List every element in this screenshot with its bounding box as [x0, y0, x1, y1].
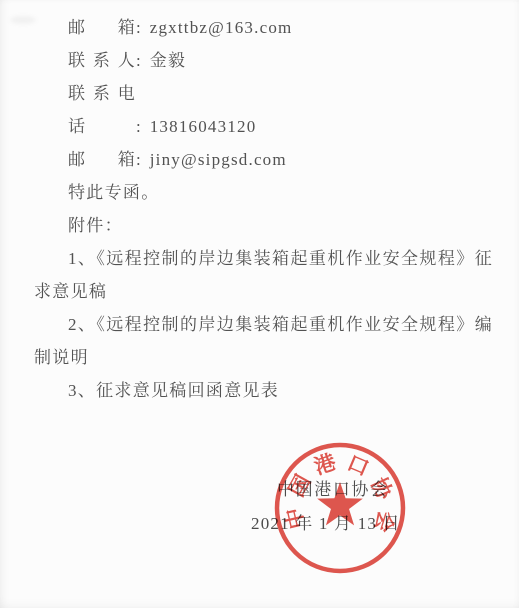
contact-line-phone: 联系电话:13816043120	[34, 77, 493, 143]
seal-char: 口	[344, 451, 373, 481]
contact-label: 联系人	[68, 44, 136, 77]
attachment-item-3: 3、征求意见稿回函意见表	[34, 374, 493, 407]
letter-page: 邮箱:zgxttbz@163.com 联系人:金毅 联系电话:138160431…	[0, 0, 519, 608]
contact-colon: :	[136, 117, 141, 136]
closing-line: 特此专函。	[34, 176, 493, 209]
contact-value-email-1: zgxttbz@163.com	[150, 18, 293, 37]
contact-colon: :	[136, 150, 141, 169]
contact-colon: :	[136, 18, 141, 37]
seal-char: 会	[369, 508, 398, 535]
attachments-heading: 附件：	[34, 209, 493, 242]
contact-value-phone: 13816043120	[150, 117, 257, 136]
contact-value-email-2: jiny@sipgsd.com	[150, 150, 287, 169]
seal-char: 中	[281, 505, 309, 531]
seal-star	[317, 482, 363, 525]
contact-colon: :	[136, 51, 141, 70]
attachment-item-2: 2、《远程控制的岸边集装箱起重机作业安全规程》编制说明	[34, 308, 493, 374]
contact-value-person: 金毅	[150, 51, 186, 70]
contact-line-email-2: 邮箱:jiny@sipgsd.com	[34, 143, 493, 176]
contact-line-email-1: 邮箱:zgxttbz@163.com	[34, 11, 493, 44]
contact-label: 联系电话	[68, 77, 136, 143]
seal-char: 协	[366, 474, 397, 504]
seal-char: 港	[311, 450, 339, 480]
contact-line-person: 联系人:金毅	[34, 44, 493, 77]
document-body: 邮箱:zgxttbz@163.com 联系人:金毅 联系电话:138160431…	[34, 11, 493, 407]
org-seal: 中国港口协会	[264, 432, 416, 584]
contact-label: 邮箱	[68, 11, 136, 44]
attachment-item-1: 1、《远程控制的岸边集装箱起重机作业安全规程》征求意见稿	[34, 242, 493, 308]
contact-label: 邮箱	[68, 143, 136, 176]
